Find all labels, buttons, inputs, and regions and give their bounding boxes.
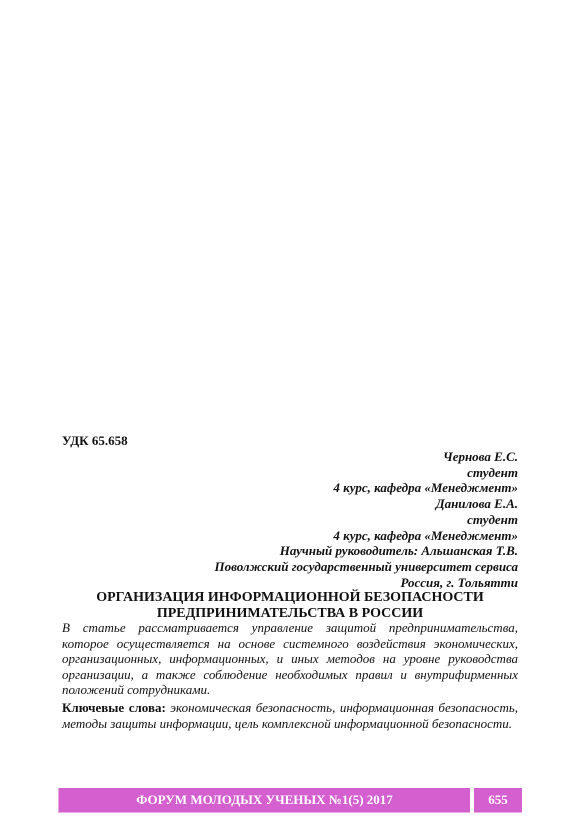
author-name: Чернова Е.С. bbox=[215, 449, 519, 465]
author-block: Чернова Е.С. студент 4 курс, кафедра «Ме… bbox=[215, 449, 519, 590]
page-number: 655 bbox=[474, 788, 522, 813]
author-name: Данилова Е.А. bbox=[215, 496, 519, 512]
author-status: студент bbox=[215, 465, 519, 481]
supervisor: Научный руководитель: Альшанская Т.В. bbox=[215, 543, 519, 559]
keywords: Ключевые слова: экономическая безопаснос… bbox=[62, 700, 518, 731]
university: Поволжский государственный университет с… bbox=[215, 559, 519, 575]
location: Россия, г. Тольятти bbox=[215, 575, 519, 591]
author-department: 4 курс, кафедра «Менеджмент» bbox=[215, 480, 519, 496]
keywords-label: Ключевые слова: bbox=[62, 700, 170, 715]
udk-code: УДК 65.658 bbox=[62, 433, 128, 449]
article-title: ОРГАНИЗАЦИЯ ИНФОРМАЦИОННОЙ БЕЗОПАСНОСТИ … bbox=[62, 590, 518, 621]
author-status: студент bbox=[215, 512, 519, 528]
abstract: В статье рассматривается управление защи… bbox=[62, 620, 518, 698]
author-department: 4 курс, кафедра «Менеджмент» bbox=[215, 528, 519, 544]
footer-journal-bar: ФОРУМ МОЛОДЫХ УЧЕНЫХ №1(5) 2017 bbox=[58, 788, 470, 813]
title-line: ОРГАНИЗАЦИЯ ИНФОРМАЦИОННОЙ БЕЗОПАСНОСТИ bbox=[62, 590, 518, 606]
title-line: ПРЕДПРИНИМАТЕЛЬСТВА В РОССИИ bbox=[62, 606, 518, 622]
